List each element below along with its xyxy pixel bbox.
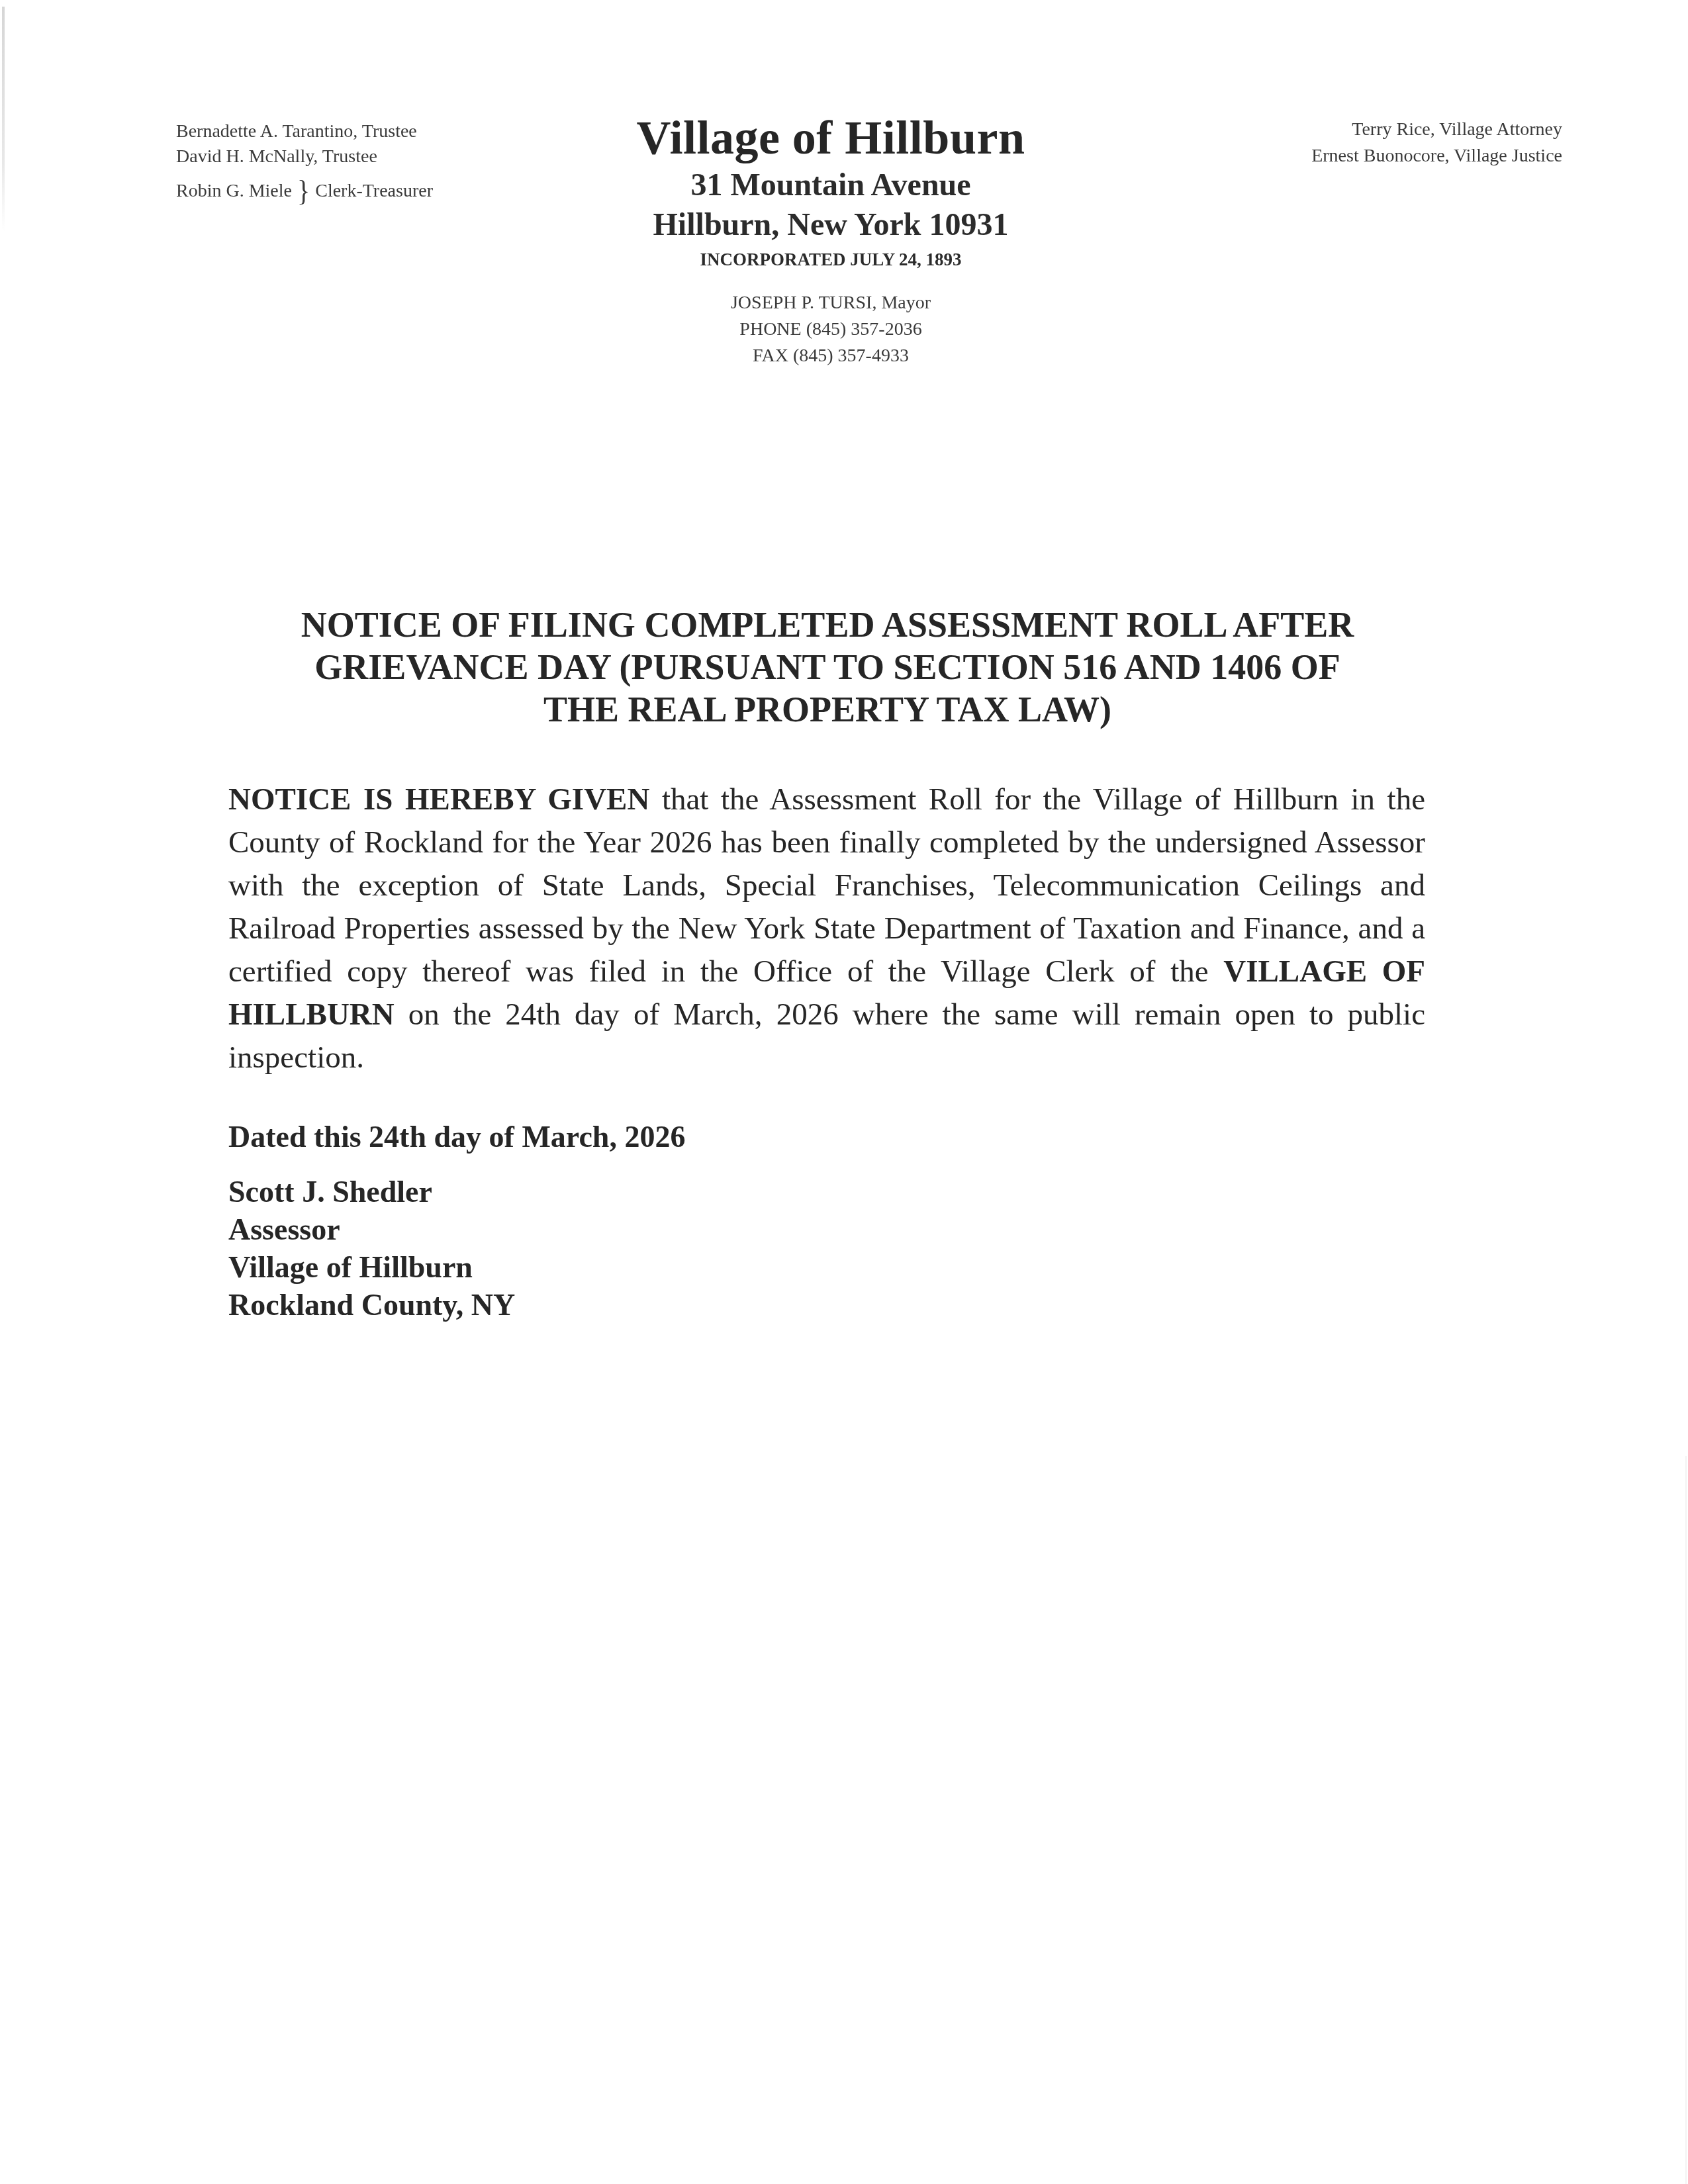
notice-title-line: NOTICE OF FILING COMPLETED ASSESSMENT RO…: [238, 604, 1417, 646]
letterhead-officials-right: Terry Rice, Village Attorney Ernest Buon…: [1311, 116, 1562, 169]
justice-line: Ernest Buonocore, Village Justice: [1311, 143, 1562, 169]
notice-body-paragraph: NOTICE IS HEREBY GIVEN that the Assessme…: [228, 778, 1425, 1079]
notice-title: NOTICE OF FILING COMPLETED ASSESSMENT RO…: [238, 604, 1417, 731]
dated-line: Dated this 24th day of March, 2026: [228, 1118, 685, 1156]
notice-body-text: on the 24th day of March, 2026 where the…: [228, 997, 1425, 1075]
assessor-organization: Village of Hillburn: [228, 1248, 515, 1286]
phone-line: PHONE (845) 357-2036: [0, 316, 1675, 343]
notice-title-line: THE REAL PROPERTY TAX LAW): [238, 688, 1417, 731]
notice-lead-bold: NOTICE IS HEREBY GIVEN: [228, 782, 649, 817]
contact-block: JOSEPH P. TURSI, Mayor PHONE (845) 357-2…: [0, 290, 1675, 369]
signature-block: Scott J. Shedler Assessor Village of Hil…: [228, 1173, 515, 1324]
city-state-zip: Hillburn, New York 10931: [0, 205, 1675, 245]
notice-title-line: GRIEVANCE DAY (PURSUANT TO SECTION 516 A…: [238, 646, 1417, 688]
mayor-line: JOSEPH P. TURSI, Mayor: [0, 290, 1675, 316]
attorney-line: Terry Rice, Village Attorney: [1311, 116, 1562, 143]
fax-line: FAX (845) 357-4933: [0, 343, 1675, 369]
assessor-name: Scott J. Shedler: [228, 1173, 515, 1210]
incorporation-date: INCORPORATED JULY 24, 1893: [0, 246, 1675, 273]
scan-edge-artifact-right: [1685, 1456, 1687, 2184]
assessor-title: Assessor: [228, 1210, 515, 1248]
assessor-location: Rockland County, NY: [228, 1286, 515, 1324]
street-address: 31 Mountain Avenue: [0, 165, 1675, 205]
